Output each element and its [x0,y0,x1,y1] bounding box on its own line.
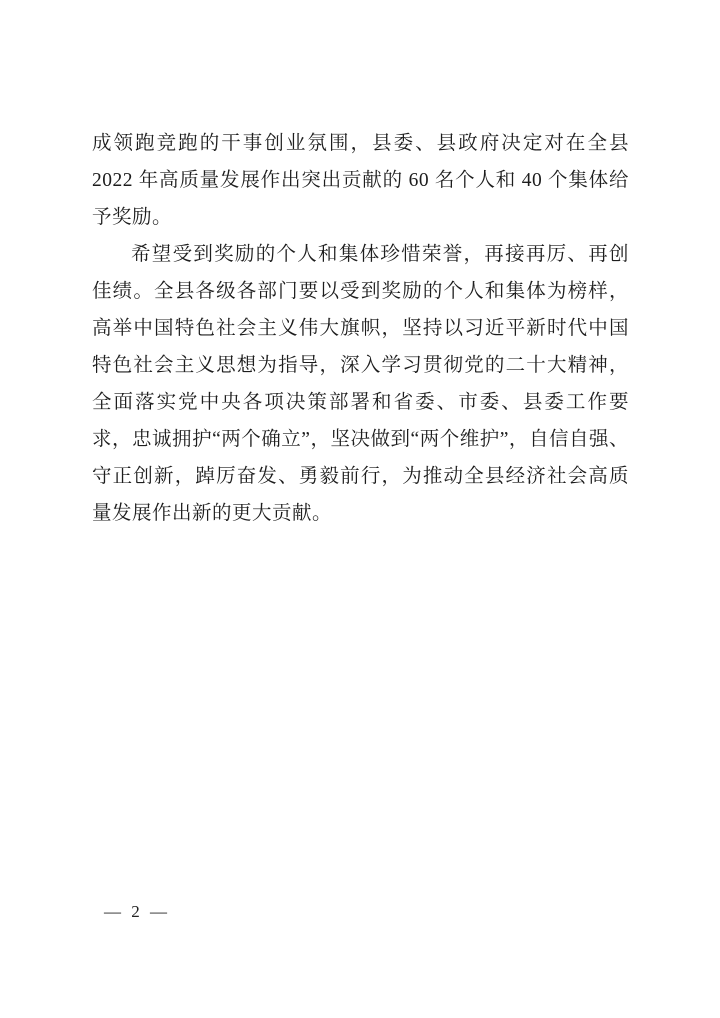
page-number: — 2 — [104,902,170,922]
document-page: 成领跑竞跑的干事创业氛围，县委、县政府决定对在全县 2022 年高质量发展作出突… [0,0,720,1018]
body-paragraph: 成领跑竞跑的干事创业氛围，县委、县政府决定对在全县 2022 年高质量发展作出突… [92,125,629,236]
document-body: 成领跑竞跑的干事创业氛围，县委、县政府决定对在全县 2022 年高质量发展作出突… [92,125,629,532]
body-paragraph: 希望受到奖励的个人和集体珍惜荣誉，再接再厉、再创佳绩。全县各级各部门要以受到奖励… [92,236,629,532]
